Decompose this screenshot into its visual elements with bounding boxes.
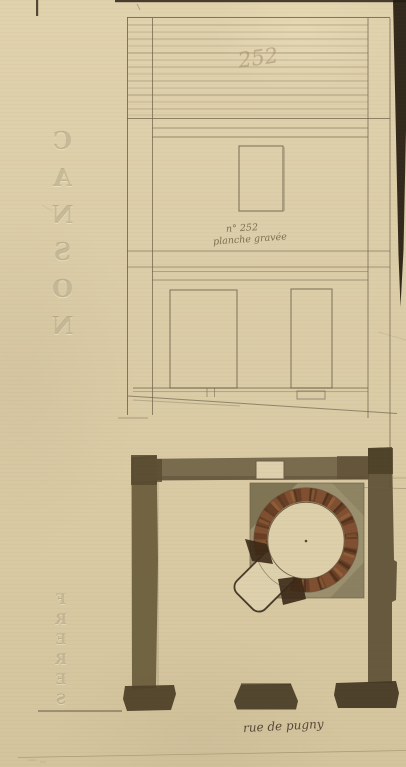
door-step <box>297 391 325 399</box>
plan-wall-right-foot <box>334 681 399 708</box>
scanned-drawing-page: CANSON FRERES <box>0 0 406 767</box>
plan-drawing <box>123 447 406 711</box>
plan-wall-left <box>132 456 159 691</box>
elevation-drawing <box>118 4 397 490</box>
edge-tick-mark <box>36 0 38 16</box>
kiln-center-mark <box>305 540 308 543</box>
drawing-canvas <box>0 0 406 767</box>
plan-pier-center <box>234 684 298 710</box>
elevation-door-left <box>170 290 237 388</box>
elevation-door-right <box>291 289 332 388</box>
paper-crease <box>378 332 406 340</box>
plan-wall-left-foot <box>123 685 176 711</box>
page-edge-shadows <box>18 0 406 762</box>
plan-door-opening <box>256 461 284 479</box>
bottom-fold-line <box>18 751 406 758</box>
plan-wall-right <box>368 447 397 683</box>
elevation-window <box>239 146 283 211</box>
street-slope-line <box>128 396 397 414</box>
